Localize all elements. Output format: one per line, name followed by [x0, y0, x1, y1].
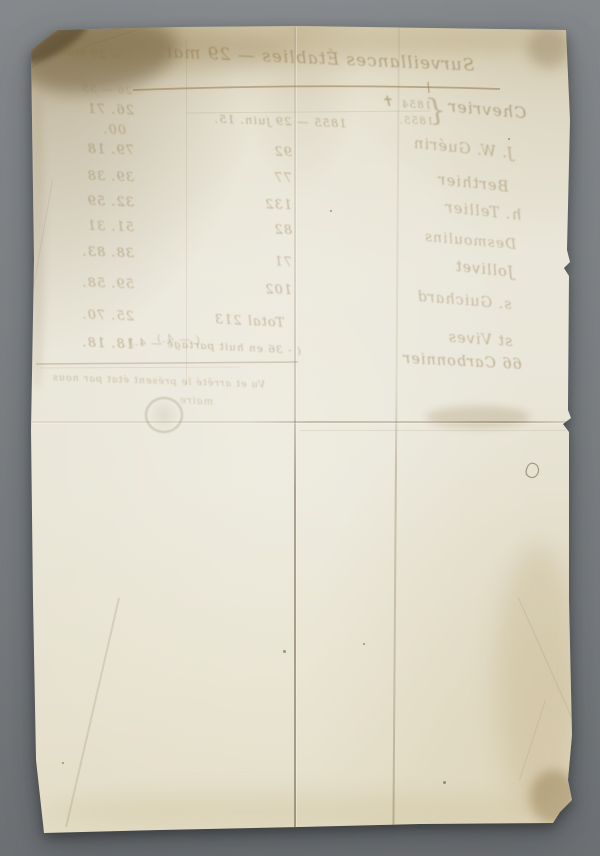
showthrough-text: — 29 mai — [36, 43, 149, 65]
showthrough-text: 18. 18. — [56, 336, 134, 353]
showthrough-text: Desmoulins — [394, 227, 547, 256]
showthrough-text: 82 — [226, 222, 292, 239]
showthrough-text: 25. 70. — [56, 308, 134, 325]
showthrough-text: 92 — [226, 144, 292, 161]
showthrough-text: Vu et arrêté le présent état par nous — [60, 373, 265, 391]
showthrough-text: 79. 18 — [56, 142, 134, 159]
showthrough-text: Berthier — [411, 169, 534, 198]
showthrough-text: 132 — [226, 197, 292, 214]
showthrough-text: 00. — [56, 122, 126, 139]
paper-speck — [330, 210, 332, 212]
showthrough-text: 51. 31 — [56, 219, 134, 236]
showthrough-text: ( - 36 en huit partage — 4.) — [143, 338, 301, 358]
showthrough-text: Surveillances Établies — 29 mai — [140, 42, 500, 76]
showthrough-text: h. Tellier — [429, 198, 536, 225]
paper-surface: Surveillances Établies — 29 mai— 29 mai2… — [0, 0, 600, 856]
showthrough-text: 32. 59 — [56, 194, 134, 211]
showthrough-text: J. W. Guérin — [396, 133, 531, 163]
showthrough-text: 1855 — 29 juin. 15. — [190, 112, 370, 131]
showthrough-text: Total 213 — [203, 313, 296, 332]
paper-speck — [363, 643, 365, 645]
paper-speck — [508, 138, 510, 140]
photo-backdrop: Surveillances Établies — 29 mai— 29 mai2… — [0, 0, 600, 856]
showthrough-text: 66 Carbonnier — [386, 351, 539, 375]
showthrough-text: 77 — [226, 170, 292, 187]
showthrough-text: 102 — [226, 282, 292, 299]
paper-speck — [283, 650, 286, 653]
showthrough-text: 26 — 55 — [52, 82, 132, 98]
showthrough-text: 38. 83. — [56, 245, 134, 262]
showthrough-layer: Surveillances Établies — 29 mai— 29 mai2… — [0, 0, 600, 856]
showthrough-text: st Vives — [436, 330, 525, 352]
showthrough-text: Jollivet — [427, 257, 540, 285]
document-sheet: Surveillances Établies — 29 mai— 29 mai2… — [0, 0, 600, 856]
showthrough-text: 59. 58. — [56, 276, 134, 293]
showthrough-text: ✝ — [380, 95, 398, 110]
paper-speck — [62, 762, 64, 764]
showthrough-text: maire — [166, 394, 226, 408]
showthrough-text: 39. 38 — [56, 169, 134, 186]
showthrough-text: 71 — [226, 254, 292, 271]
showthrough-text: 26. 71 — [56, 102, 134, 119]
paper-speck — [443, 781, 446, 784]
showthrough-text: s. Guichard — [392, 288, 537, 316]
